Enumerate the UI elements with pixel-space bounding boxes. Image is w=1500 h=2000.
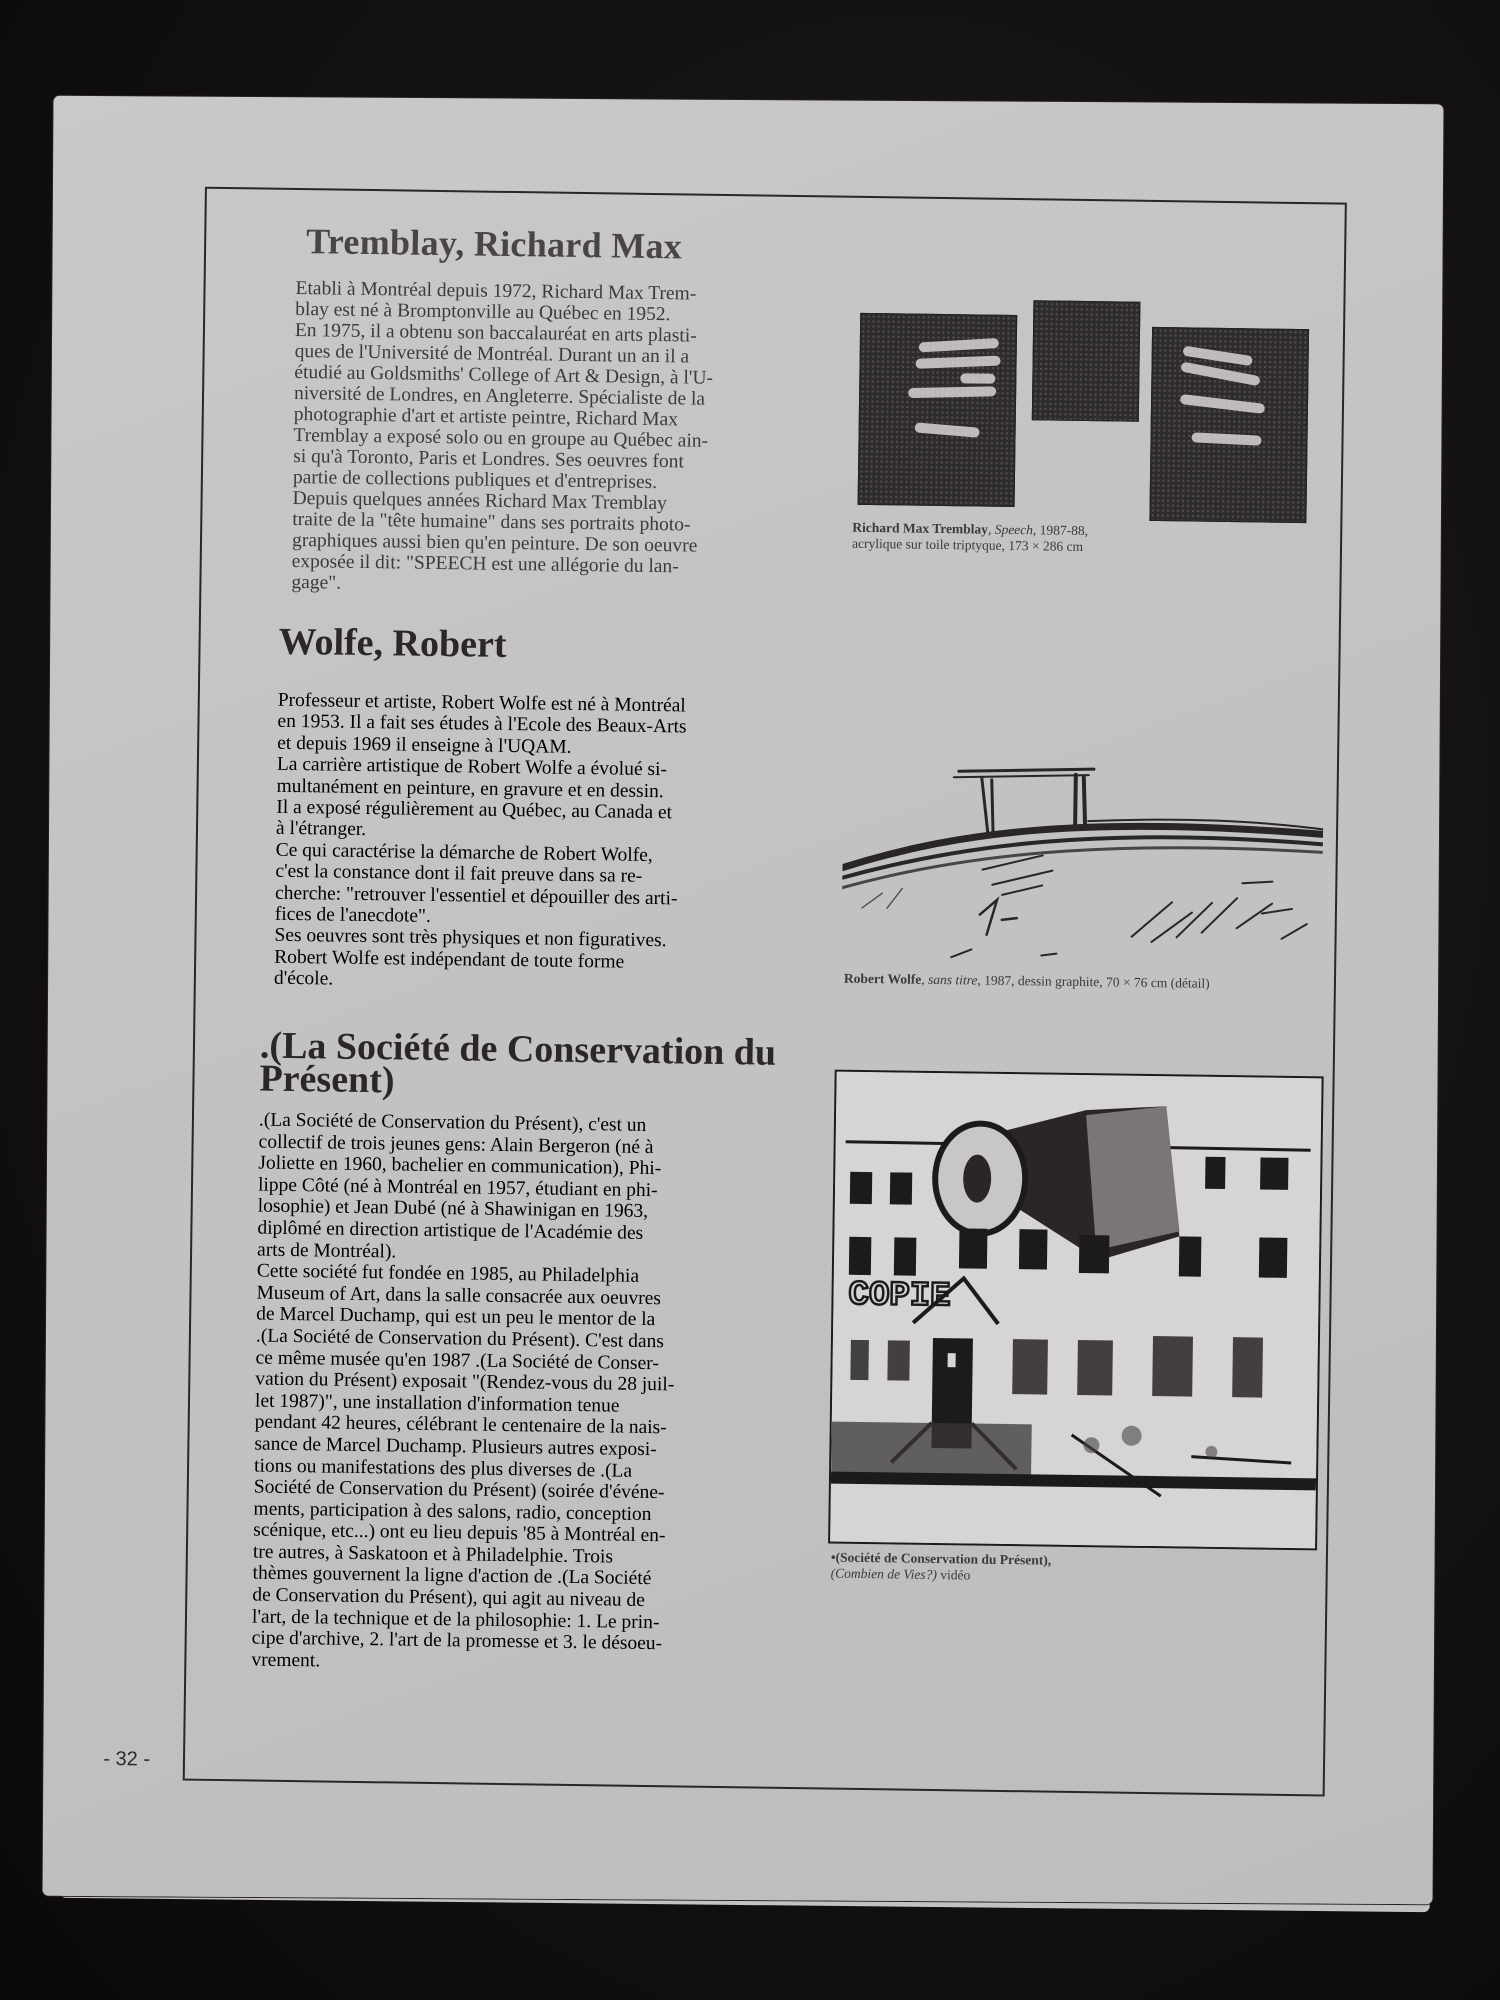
heading-wolfe: Wolfe, Robert [278, 620, 507, 667]
triptych-right-panel [1149, 327, 1309, 523]
caption-title: Speech [995, 522, 1033, 538]
building-illustration: COPIE [830, 1072, 1322, 1549]
body-societe: .(La Société de Conservation du Présent)… [251, 1110, 759, 1678]
caption-societe: •(Société de Conservation du Présent), (… [831, 1550, 1052, 1585]
caption-title: sans titre [928, 972, 978, 988]
graphite-drawing-image [841, 758, 1324, 965]
caption-artist: Richard Max Tremblay [852, 520, 988, 537]
caption-details: , 1987, dessin graphite, 70 × 76 cm (dét… [977, 973, 1209, 991]
caption-artist: Robert Wolfe [844, 971, 922, 987]
heading-societe: .(La Société de Conservation du Présent) [259, 1030, 800, 1104]
caption-artist: •(Société de Conservation du Présent), [831, 1550, 1052, 1568]
triptych-left-panel [858, 313, 1018, 507]
caption-year: 1987-88, [1040, 522, 1089, 538]
caption-medium: acrylique sur toile triptyque, 173 × 286… [852, 536, 1083, 554]
speech-triptych-image [857, 293, 1320, 519]
copie-building-photo: COPIE [828, 1070, 1324, 1551]
page-number: - 32 - [103, 1748, 150, 1771]
body-tremblay: Etabli à Montréal depuis 1972, Richard M… [291, 278, 795, 600]
copie-sign-text: COPIE [848, 1277, 951, 1316]
triptych-center-panel [1032, 300, 1141, 421]
body-wolfe: Professeur et artiste, Robert Wolfe est … [274, 690, 778, 997]
caption-medium: vidéo [937, 1567, 971, 1582]
caption-wolfe: Robert Wolfe, sans titre, 1987, dessin g… [844, 971, 1210, 992]
heading-tremblay: Tremblay, Richard Max [306, 220, 683, 267]
caption-title: (Combien de Vies?) [831, 1566, 937, 1582]
content-frame: Tremblay, Richard Max Etabli à Montréal … [183, 187, 1347, 1797]
caption-tremblay: Richard Max Tremblay, Speech, 1987-88, a… [852, 520, 1088, 555]
document-page: Tremblay, Richard Max Etabli à Montréal … [43, 96, 1444, 1904]
